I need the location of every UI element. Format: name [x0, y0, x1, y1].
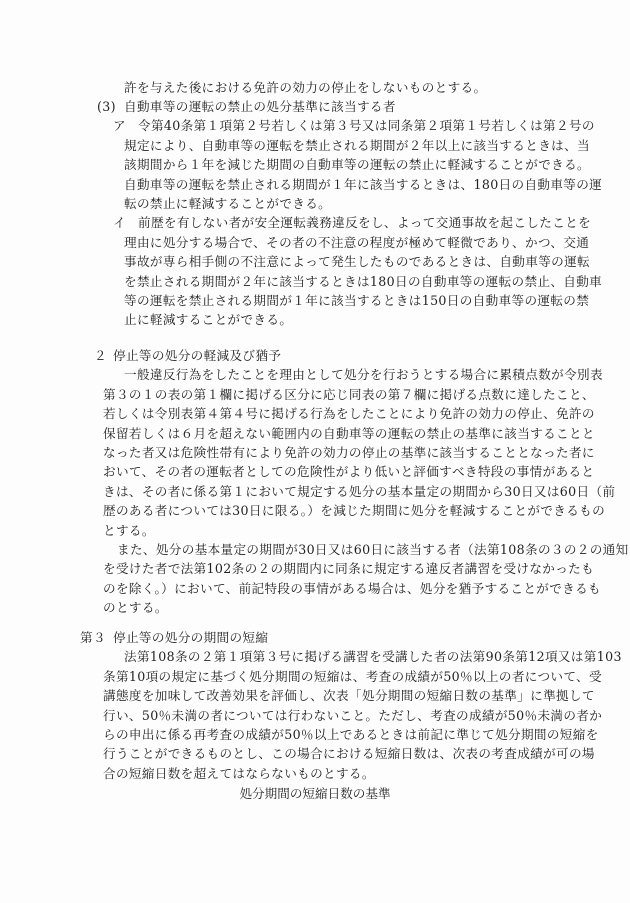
section-3-para-line: 講態度を加味して改善効果を評価し、次表「処分期間の短縮日数の基準」に準拠して [103, 688, 595, 703]
section-2-para2-line: を受けた者で法第102条の２の期間内に同条に規定する違反者講習を受けなかったも [103, 561, 594, 576]
subsection-number: (3) [97, 99, 116, 114]
section-2-para1-line: とする。 [103, 523, 155, 538]
item-i-line: 等の運転を禁止される期間が１年に該当するときは150日の自動車等の運転の禁 [124, 293, 589, 308]
section-2-para1-line: 若しくは令別表第４第４号に掲げる行為をしたことにより免許の効力の停止、免許の [103, 406, 595, 421]
subsection-heading: 自動車等の運転の禁止の処分基準に該当する者 [124, 99, 396, 114]
section-3-para-line: らの申出に係る再考査の成績が50％以上であるときは前記に準じて処分期間の短縮を [103, 727, 599, 742]
section-3-para-line: 合の短縮日数を超えてはならないものとする。 [103, 766, 375, 781]
item-i-line: 前歴を有しない者が安全運転義務違反をし、よって交通事故を起こしたことを [138, 215, 591, 230]
section-2-para2-line: のを除く。）において、前記特段の事情がある場合は、処分を猶予することができるも [103, 581, 601, 596]
section-3-para-line: 法第108条の２第１項第３号に掲げる講習を受講した者の法第90条第12項又は第1… [124, 649, 622, 664]
item-i-line: 止に軽減することができる。 [124, 312, 292, 327]
item-a-line: 該期間から１年を減じた期間の自動車等の運転の禁止に軽減することができる。 [124, 157, 590, 172]
section-2-heading: 停止等の処分の軽減及び猶予 [113, 348, 281, 363]
section-3-para-line: 行うことができるものとし、この場合における短縮日数は、次表の考査成績が可の場 [103, 746, 595, 761]
continuation-line: 許を与えた後における免許の効力の停止をしないものとする。 [124, 80, 486, 95]
item-marker-a: ア [113, 118, 126, 133]
item-i-line: 理由に処分する場合で、その者の不注意の程度が極めて軽微であり、かつ、交通 [124, 235, 589, 250]
section-2-para1-line: 歴のある者については30日に限る。）を減じた期間に処分を軽減することができるもの [103, 503, 605, 518]
section-2-para1-line: 第３の１の表の第１欄に掲げる区分に応じ同表の第７欄に掲げる点数に達したこと、 [103, 387, 595, 402]
item-a-line: 規定により、自動車等の運転を禁止される期間が２年以上に該当するときは、当 [124, 138, 590, 153]
item-a-line: 自動車等の運転を禁止される期間が１年に該当するときは、180日の自動車等の運 [124, 177, 602, 192]
section-3-para-line: 行い、50％未満の者については行わないこと。ただし、考査の成績が50％未満の者か [103, 708, 602, 723]
section-3-heading: 停止等の処分の期間の短縮 [113, 630, 268, 645]
section-2-para1-line: きは、その者に係る第１において規定する処分の基本量定の期間から30日又は60日（… [103, 484, 615, 499]
section-2-para1-line: なった者又は危険性帯有により免許の効力の停止の基準に該当することとなった者に [103, 445, 595, 460]
section-2-para1-line: 一般違反行為をしたことを理由として処分を行おうとする場合に累積点数が令別表 [124, 367, 603, 382]
table-caption: 処分期間の短縮日数の基準 [0, 786, 630, 801]
section-2-para1-line: 保留若しくは６月を超えない範囲内の自動車等の運転の禁止の基準に該当することと [103, 426, 595, 441]
section-2-para1-line: おいて、その者の運転者としての危険性がより低いと評価すべき特段の事情があると [103, 464, 594, 479]
item-a-line: 令第40条第１項第２号若しくは第３号又は同条第２項第１号若しくは第２号の [138, 118, 595, 133]
section-3-number: 第３ [80, 630, 106, 645]
section-2-para2-line: また、処分の基本量定の期間が30日又は60日に該当する者（法第108条の３の２の… [117, 542, 629, 557]
section-2-para2-line: のとする。 [103, 600, 168, 615]
item-i-line: 事故が専ら相手側の不注意によって発生したものであるときは、自動車等の運転 [124, 254, 590, 269]
section-3-para-line: 条第10項の規定に基づく処分期間の短縮は、考査の成績が50％以上の者について、受 [103, 669, 602, 684]
item-i-line: を禁止される期間が２年に該当するときは180日の自動車等の運転の禁止、自動車 [124, 274, 602, 289]
item-a-line: 転の禁止に軽減することができる。 [124, 196, 331, 211]
item-marker-i: イ [113, 215, 126, 230]
section-2-number: ２ [94, 348, 107, 363]
